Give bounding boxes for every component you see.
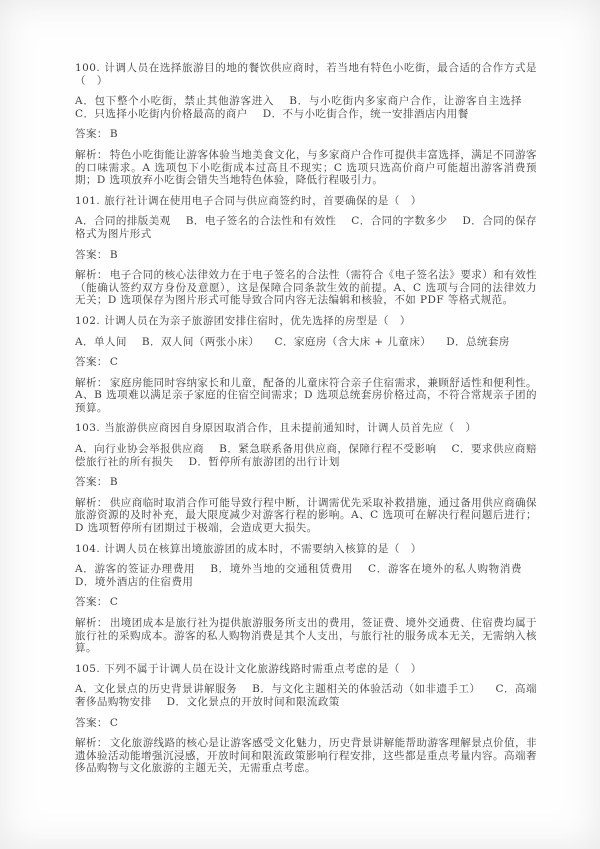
question-list: 100.计调人员在选择旅游目的地的餐饮供应商时，若当地有特色小吃街，最合适的合作… — [75, 62, 537, 783]
question-block: 104.计调人员在核算出境旅游团的成本时，不需要纳入核算的是（ ） A．游客的签… — [75, 543, 537, 655]
analysis-line: 解析：电子合同的核心法律效力在于电子签名的合法性（需符合《电子签名法》要求）和有… — [75, 269, 537, 307]
question-number: 102. — [75, 315, 100, 327]
answer-label: 答案： — [75, 596, 108, 608]
analysis-line: 解析：供应商临时取消合作可能导致行程中断，计调需优先采取补救措施，通过备用供应商… — [75, 497, 537, 535]
analysis-line: 解析：特色小吃街能让游客体验当地美食文化，与多家商户合作可提供丰富选择，满足不同… — [75, 149, 537, 187]
question-options: A．游客的签证办理费用B．境外当地的交通租赁费用C．游客在境外的私人购物消费D．… — [75, 563, 537, 588]
question-stem: 102.计调人员在为亲子旅游团安排住宿时，优先选择的房型是（ ） — [75, 315, 537, 328]
analysis-text: 文化旅游线路的核心是让游客感受文化魅力，历史背景讲解能帮助游客理解景点价值，非遗… — [75, 737, 537, 774]
question-text: 计调人员在为亲子旅游团安排住宿时，优先选择的房型是（ ） — [104, 315, 411, 327]
analysis-label: 解析： — [75, 377, 108, 389]
option-a: A．合同的排版美观 — [75, 215, 171, 227]
analysis-label: 解析： — [75, 737, 108, 749]
answer-line: 答案：C — [75, 356, 537, 369]
question-options: A．单人间B．双人间（两张小床）C．家庭房（含大床 + 儿童床）D．总统套房 — [75, 336, 537, 349]
question-number: 104. — [75, 543, 100, 555]
question-block: 102.计调人员在为亲子旅游团安排住宿时，优先选择的房型是（ ） A．单人间B．… — [75, 315, 537, 415]
analysis-line: 解析：出境团成本是旅行社为提供旅游服务所支出的费用，签证费、境外交通费、住宿费均… — [75, 617, 537, 655]
option-b: B．境外当地的交通租赁费用 — [210, 563, 353, 575]
option-d: D．暂停所有旅游团的出行计划 — [189, 456, 340, 468]
option-a: A．包下整个小吃街，禁止其他游客进入 — [75, 95, 274, 107]
analysis-label: 解析： — [75, 497, 108, 509]
question-text: 计调人员在核算出境旅游团的成本时，不需要纳入核算的是（ ） — [104, 543, 422, 555]
document-page: 100.计调人员在选择旅游目的地的餐饮供应商时，若当地有特色小吃街，最合适的合作… — [0, 0, 600, 849]
question-stem: 104.计调人员在核算出境旅游团的成本时，不需要纳入核算的是（ ） — [75, 543, 537, 556]
question-options: A．文化景点的历史背景讲解服务B．与文化主题相关的体验活动（如非遗手工）C．高端… — [75, 683, 537, 708]
analysis-text: 家庭房能同时容纳家长和儿童，配备的儿童床符合亲子住宿需求，兼顾舒适性和便利性。A… — [75, 377, 537, 414]
option-d: D．不与小吃街合作，统一安排酒店内用餐 — [263, 108, 469, 120]
answer-label: 答案： — [75, 717, 108, 729]
answer-line: 答案：B — [75, 476, 537, 489]
question-options: A．包下整个小吃街，禁止其他游客进入B．与小吃街内多家商户合作，让游客自主选择C… — [75, 95, 537, 120]
question-options: A．向行业协会举报供应商B．紧急联系备用供应商，保障行程不受影响C．要求供应商赔… — [75, 443, 537, 468]
question-block: 101.旅行社计调在使用电子合同与供应商签约时，首要确保的是（ ） A．合同的排… — [75, 195, 537, 307]
question-text: 下列不属于计调人员在设计文化旅游线路时需重点考虑的是（ ） — [104, 663, 422, 675]
question-text: 计调人员在选择旅游目的地的餐饮供应商时，若当地有特色小吃街，最合适的合作方式是（… — [75, 62, 537, 87]
analysis-text: 供应商临时取消合作可能导致行程中断，计调需优先采取补救措施，通过备用供应商确保旅… — [75, 497, 537, 534]
question-stem: 103.当旅游供应商因自身原因取消合作，且未提前通知时，计调人员首先应（ ） — [75, 422, 537, 435]
option-c: C．只选择小吃街内价格最高的商户 — [75, 108, 248, 120]
answer-value: C — [110, 356, 118, 368]
question-block: 105.下列不属于计调人员在设计文化旅游线路时需重点考虑的是（ ） A．文化景点… — [75, 663, 537, 775]
option-d: D．境外酒店的住宿费用 — [75, 576, 193, 588]
option-c: C．家庭房（含大床 + 儿童床） — [275, 336, 432, 348]
answer-line: 答案：C — [75, 717, 537, 730]
question-block: 103.当旅游供应商因自身原因取消合作，且未提前通知时，计调人员首先应（ ） A… — [75, 422, 537, 534]
question-number: 100. — [75, 62, 100, 74]
analysis-text: 出境团成本是旅行社为提供旅游服务所支出的费用，签证费、境外交通费、住宿费均属于旅… — [75, 617, 537, 654]
question-stem: 101.旅行社计调在使用电子合同与供应商签约时，首要确保的是（ ） — [75, 195, 537, 208]
option-a: A．游客的签证办理费用 — [75, 563, 195, 575]
answer-label: 答案： — [75, 249, 108, 261]
answer-line: 答案：B — [75, 128, 537, 141]
analysis-line: 解析：文化旅游线路的核心是让游客感受文化魅力，历史背景讲解能帮助游客理解景点价值… — [75, 737, 537, 775]
analysis-text: 特色小吃街能让游客体验当地美食文化，与多家商户合作可提供丰富选择，满足不同游客的… — [75, 149, 537, 186]
answer-line: 答案：C — [75, 596, 537, 609]
question-number: 101. — [75, 195, 100, 207]
answer-value: B — [110, 249, 118, 261]
analysis-label: 解析： — [75, 269, 108, 281]
question-number: 105. — [75, 663, 100, 675]
answer-value: B — [110, 128, 118, 140]
option-a: A．单人间 — [75, 336, 127, 348]
question-text: 旅行社计调在使用电子合同与供应商签约时，首要确保的是（ ） — [104, 195, 422, 207]
answer-value: C — [110, 717, 118, 729]
option-d: D．总统套房 — [446, 336, 510, 348]
option-b: B．电子签名的合法性和有效性 — [186, 215, 337, 227]
answer-label: 答案： — [75, 356, 108, 368]
answer-label: 答案： — [75, 476, 108, 488]
answer-line: 答案：B — [75, 249, 537, 262]
question-options: A．合同的排版美观B．电子签名的合法性和有效性C．合同的字数多少D．合同的保存格… — [75, 215, 537, 240]
analysis-label: 解析： — [75, 617, 108, 629]
analysis-label: 解析： — [75, 149, 108, 161]
question-text: 当旅游供应商因自身原因取消合作，且未提前通知时，计调人员首先应（ ） — [104, 422, 476, 434]
option-b: B．与文化主题相关的体验活动（如非遗手工） — [252, 683, 480, 695]
analysis-text: 电子合同的核心法律效力在于电子签名的合法性（需符合《电子签名法》要求）和有效性（… — [75, 269, 537, 306]
question-stem: 100.计调人员在选择旅游目的地的餐饮供应商时，若当地有特色小吃街，最合适的合作… — [75, 62, 537, 87]
analysis-line: 解析：家庭房能同时容纳家长和儿童，配备的儿童床符合亲子住宿需求，兼顾舒适性和便利… — [75, 377, 537, 415]
answer-value: B — [110, 476, 118, 488]
option-a: A．文化景点的历史背景讲解服务 — [75, 683, 237, 695]
option-a: A．向行业协会举报供应商 — [75, 443, 204, 455]
answer-value: C — [110, 596, 118, 608]
option-d: D．文化景点的开放时间和限流政策 — [167, 696, 340, 708]
question-block: 100.计调人员在选择旅游目的地的餐饮供应商时，若当地有特色小吃街，最合适的合作… — [75, 62, 537, 187]
question-number: 103. — [75, 422, 100, 434]
option-c: C．游客在境外的私人购物消费 — [368, 563, 522, 575]
option-c: C．合同的字数多少 — [351, 215, 447, 227]
option-b: B．与小吃街内多家商户合作，让游客自主选择 — [289, 95, 522, 107]
option-b: B．紧急联系备用供应商，保障行程不受影响 — [219, 443, 436, 455]
question-stem: 105.下列不属于计调人员在设计文化旅游线路时需重点考虑的是（ ） — [75, 663, 537, 676]
answer-label: 答案： — [75, 128, 108, 140]
option-b: B．双人间（两张小床） — [142, 336, 260, 348]
